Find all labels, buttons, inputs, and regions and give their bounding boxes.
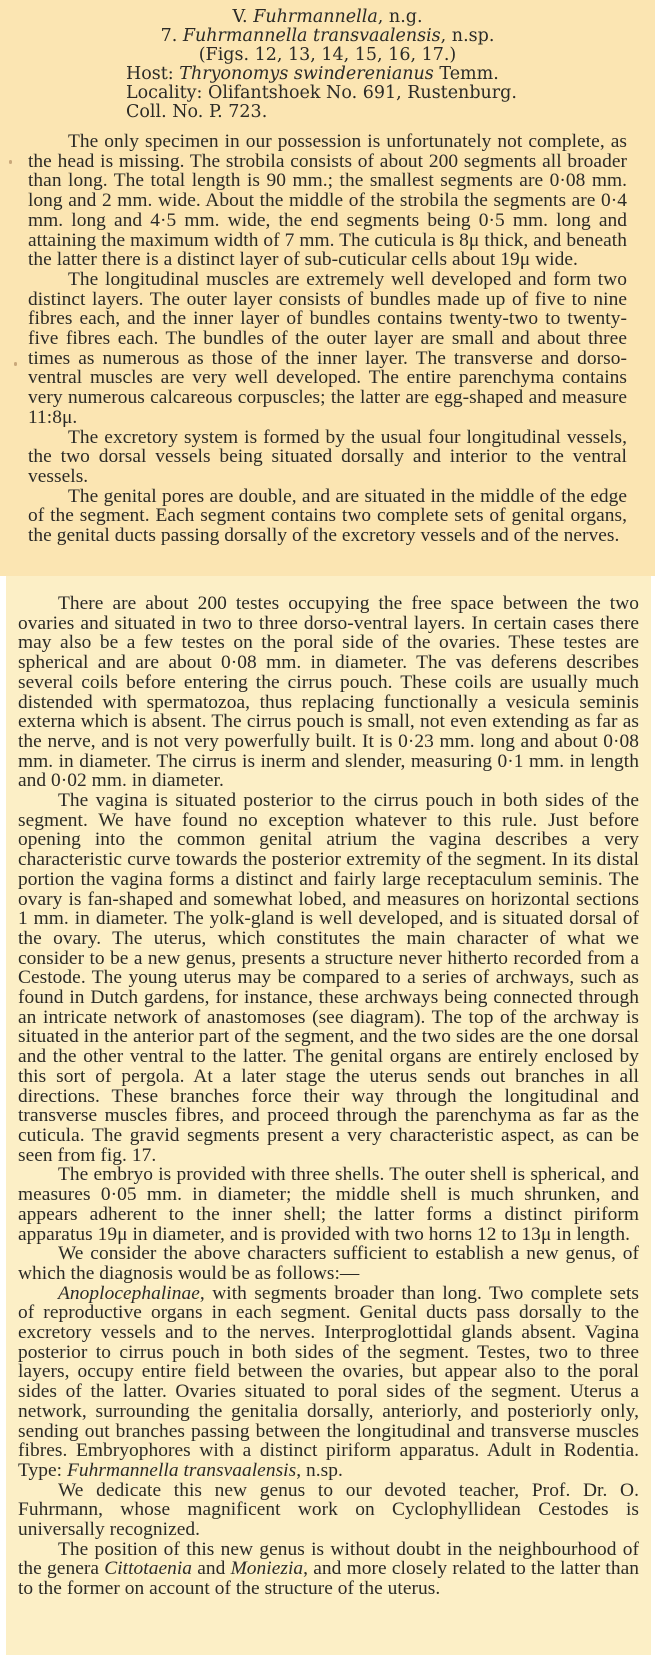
genus-moniezia: Moniezia	[231, 1558, 304, 1579]
species-suffix: , n.sp.	[441, 26, 495, 46]
genus-suffix: , n.g.	[378, 7, 423, 27]
genus-number: V.	[232, 7, 247, 27]
genus-heading: V. Fuhrmannella, n.g.	[28, 8, 627, 27]
host-name: Thryonomys swinderenianus	[179, 64, 434, 84]
diagnosis-subfamily: Anoplocephalinae	[58, 1283, 200, 1304]
genus-cittotaenia: Cittotaenia	[104, 1558, 192, 1579]
figure-reference: (Figs. 12, 13, 14, 15, 16, 17.)	[28, 46, 627, 65]
paragraph-diagnosis: Anoplocephalinae, with segments broader …	[18, 1284, 639, 1481]
paragraph-testes: There are about 200 testes occupying the…	[18, 594, 639, 791]
species-heading: 7. Fuhrmannella transvaalensis, n.sp.	[28, 27, 627, 46]
locality-value: Olifantshoek No. 691, Rustenburg.	[208, 83, 517, 103]
scan-speck	[9, 160, 12, 164]
paragraph-genital-pores: The genital pores are double, and are si…	[28, 487, 627, 546]
position-mid: and	[192, 1558, 231, 1579]
host-authority: Temm.	[439, 64, 498, 84]
collection-line: Coll. No. P. 723.	[126, 103, 627, 122]
paragraph-new-genus: We consider the above characters suffici…	[18, 1244, 639, 1283]
host-line: Host: Thryonomys swinderenianus Temm.	[126, 65, 627, 84]
species-number: 7.	[161, 26, 178, 46]
diagnosis-type-suffix: , n.sp.	[296, 1460, 343, 1481]
collection-label: Coll. No.	[126, 102, 203, 122]
paragraph-position: The position of this new genus is withou…	[18, 1540, 639, 1599]
locality-label: Locality:	[126, 83, 202, 103]
collection-value: P. 723.	[209, 102, 267, 122]
paragraph-dedication: We dedicate this new genus to our devote…	[18, 1481, 639, 1540]
diagnosis-type-species: Fuhrmannella transvaalensis	[67, 1460, 296, 1481]
host-label: Host:	[126, 64, 174, 84]
paragraph-muscles: The longitudinal muscles are extremely w…	[28, 270, 627, 428]
locality-line: Locality: Olifantshoek No. 691, Rustenbu…	[126, 84, 627, 103]
page-scan-top: V. Fuhrmannella, n.g. 7. Fuhrmannella tr…	[0, 0, 655, 576]
page-scan-bottom: There are about 200 testes occupying the…	[6, 576, 651, 1655]
paragraph-specimen: The only specimen in our possession is u…	[28, 132, 627, 270]
paragraph-embryo: The embryo is provided with three shells…	[18, 1165, 639, 1244]
species-name: Fuhrmannella transvaalensis	[183, 26, 441, 46]
diagnosis-body: , with segments broader than long. Two c…	[18, 1283, 639, 1481]
genus-name: Fuhrmannella	[253, 7, 378, 27]
paragraph-vagina-uterus: The vagina is situated posterior to the …	[18, 791, 639, 1165]
paragraph-excretory: The excretory system is formed by the us…	[28, 428, 627, 487]
scan-speck	[14, 362, 17, 366]
